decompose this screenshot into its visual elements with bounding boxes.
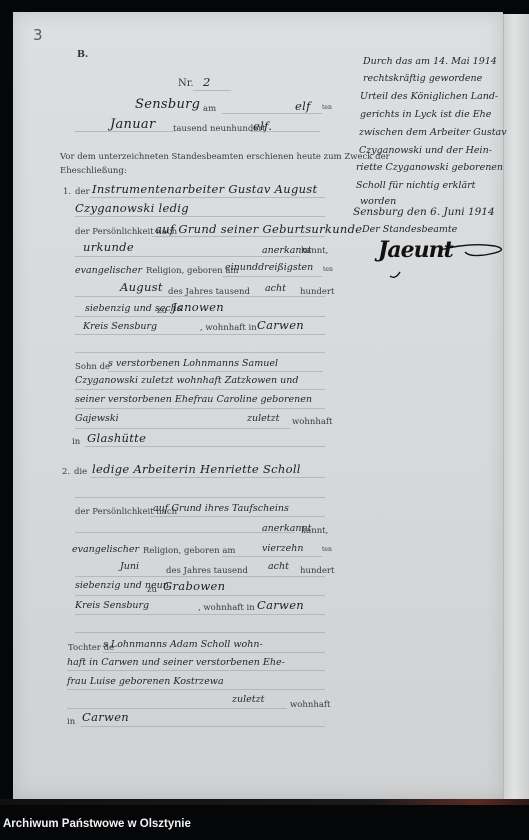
groom-last-label: zuletzt bbox=[247, 413, 279, 424]
groom-birth-place: Janowen bbox=[172, 300, 224, 314]
bride-religion-label: Religion, geboren am bbox=[143, 546, 235, 556]
groom-zu-label: zu bbox=[157, 306, 167, 316]
margin-line-6: Czyganowski und der Hein- bbox=[359, 145, 492, 156]
groom-identity-value-2: urkunde bbox=[83, 240, 134, 254]
intro-line-2: Eheschließung: bbox=[60, 166, 127, 176]
bride-index: 2. bbox=[62, 467, 70, 477]
groom-parents-line-4: Gajewski bbox=[75, 413, 119, 424]
bride-last-label: zuletzt bbox=[232, 694, 264, 705]
groom-parents-residence: Glashütte bbox=[87, 431, 146, 445]
margin-line-4: gerichts in Lyck ist die Ehe bbox=[360, 109, 491, 120]
bride-name-line-1: ledige Arbeiterin Henriette Scholl bbox=[92, 462, 301, 476]
groom-religion-value: evangelischer bbox=[75, 265, 142, 276]
margin-line-8: Scholl für nichtig erklärt bbox=[356, 180, 476, 191]
am-label: am bbox=[203, 104, 216, 114]
margin-line-1: Durch das am 14. Mai 1914 bbox=[363, 56, 497, 67]
groom-birth-day-suffix: ten bbox=[323, 266, 333, 273]
bride-parents-residence: Carwen bbox=[82, 710, 129, 724]
bride-birth-day: vierzehn bbox=[262, 543, 303, 554]
page-number-pencil: 3 bbox=[33, 26, 43, 44]
record-number: 2 bbox=[203, 75, 211, 89]
month-value: Januar bbox=[110, 117, 155, 132]
bride-parents-line-1: s Lohnmanns Adam Scholl wohn- bbox=[103, 639, 263, 650]
bride-article: die bbox=[74, 467, 87, 477]
groom-parents-line-1: s verstorbenen Lohnmanns Samuel bbox=[108, 358, 278, 369]
archive-caption: Archiwum Państwowe w Olsztynie bbox=[3, 818, 191, 830]
bride-parents-line-3: frau Luise geborenen Kostrzewa bbox=[67, 676, 224, 687]
bride-hundred-label: hundert bbox=[300, 566, 334, 576]
bride-residence: Carwen bbox=[257, 598, 304, 612]
groom-in-label: in bbox=[72, 437, 80, 447]
bride-parents-residence-label: wohnhaft bbox=[290, 700, 330, 710]
bride-birth-year-label: des Jahres tausend bbox=[166, 566, 248, 576]
bride-in-label: in bbox=[67, 717, 75, 727]
bride-residence-label: , wohnhaft in bbox=[198, 603, 255, 613]
bride-known-label: kannt, bbox=[301, 526, 328, 536]
groom-parents-residence-label: wohnhaft bbox=[292, 417, 332, 427]
margin-line-2: rechtskräftig gewordene bbox=[363, 73, 482, 84]
day-suffix: ten bbox=[322, 104, 332, 111]
groom-parents-line-3: seiner verstorbenen Ehefrau Caroline geb… bbox=[75, 394, 312, 405]
groom-birth-century: acht bbox=[265, 283, 286, 294]
bride-birth-century: acht bbox=[268, 561, 289, 572]
groom-birth-day: einunddreißigsten bbox=[225, 262, 313, 273]
bride-birth-month: Juni bbox=[120, 561, 139, 572]
bride-parents-line-2: haft in Carwen und seiner verstorbenen E… bbox=[67, 657, 285, 668]
margin-line-3: Urteil des Königlichen Land- bbox=[360, 91, 498, 102]
bride-identity-value: auf Grund ihres Taufscheins bbox=[153, 503, 289, 514]
intro-line-1: Vor dem unterzeichneten Standesbeamten e… bbox=[60, 152, 390, 162]
registry-place: Sensburg bbox=[135, 97, 200, 112]
bride-religion-value: evangelischer bbox=[72, 544, 139, 555]
bride-district: Kreis Sensburg bbox=[75, 600, 149, 611]
groom-index: 1. bbox=[63, 187, 71, 197]
bride-birth-place: Grabowen bbox=[163, 579, 225, 593]
bride-birth-day-suffix: ten bbox=[322, 546, 332, 553]
groom-name-line-2: Czyganowski ledig bbox=[75, 201, 189, 215]
groom-article: der bbox=[75, 187, 90, 197]
margin-line-7: riette Czyganowski geborenen bbox=[356, 162, 503, 173]
groom-name-line-1: Instrumentenarbeiter Gustav August bbox=[92, 182, 317, 196]
signature-flourish-icon bbox=[370, 232, 510, 282]
year-label: tausend neunhundert bbox=[173, 124, 266, 134]
groom-parents-line-2: Czyganowski zuletzt wohnhaft Zatzkowen u… bbox=[75, 375, 299, 386]
groom-birth-year: siebenzig und sechs bbox=[85, 303, 182, 314]
groom-district: Kreis Sensburg bbox=[83, 321, 157, 332]
margin-line-5: zwischen dem Arbeiter Gustav bbox=[359, 127, 507, 138]
groom-birth-month: August bbox=[120, 280, 163, 294]
bride-zu-label: zu bbox=[147, 585, 157, 595]
number-label: Nr. bbox=[178, 78, 194, 89]
groom-parents-label: Sohn de bbox=[75, 362, 110, 372]
groom-residence-label: , wohnhaft in bbox=[200, 323, 257, 333]
groom-known-label: kannt, bbox=[301, 246, 328, 256]
margin-place-date: Sensburg den 6. Juni 1914 bbox=[353, 206, 495, 218]
form-letter: B. bbox=[77, 49, 88, 60]
day-value: elf bbox=[295, 99, 311, 113]
groom-residence: Carwen bbox=[257, 318, 304, 332]
groom-identity-value: auf Grund seiner Geburtsurkunde bbox=[155, 222, 362, 236]
book-binding-edge bbox=[0, 799, 529, 805]
